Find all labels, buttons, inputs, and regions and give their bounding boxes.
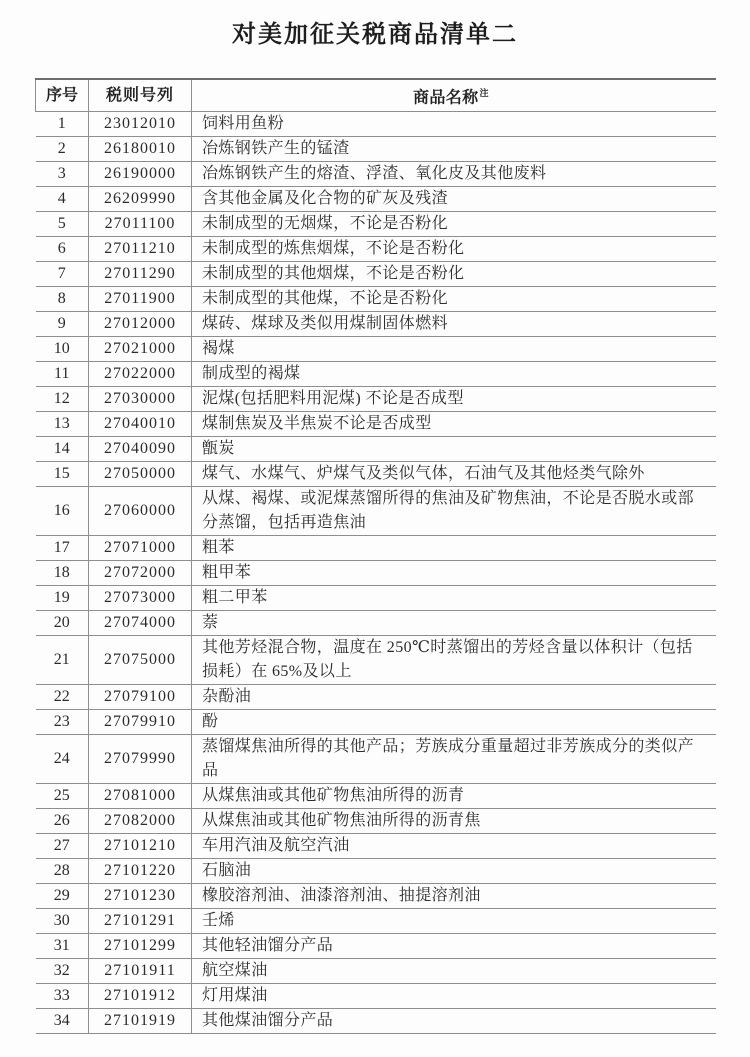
row-tariff-code: 26190000 xyxy=(89,162,192,187)
row-tariff-code: 27073000 xyxy=(89,586,192,611)
table-row: 17 27071000 粗苯 xyxy=(36,536,716,561)
row-tariff-code: 27101291 xyxy=(89,909,192,934)
row-product-name: 制成型的褐煤 xyxy=(192,362,716,387)
row-serial-number: 16 xyxy=(36,487,89,536)
row-serial-number: 2 xyxy=(36,137,89,162)
row-tariff-code: 27030000 xyxy=(89,387,192,412)
row-serial-number: 24 xyxy=(36,735,89,784)
row-product-name: 冶炼钢铁产生的熔渣、浮渣、氧化皮及其他废料 xyxy=(192,162,716,187)
row-product-name: 从煤焦油或其他矿物焦油所得的沥青焦 xyxy=(192,809,716,834)
row-tariff-code: 27060000 xyxy=(89,487,192,536)
table-body: 1 23012010 饲料用鱼粉 2 26180010 冶炼钢铁产生的锰渣 3 … xyxy=(36,112,716,1034)
table-row: 10 27021000 褐煤 xyxy=(36,337,716,362)
row-product-name: 甑炭 xyxy=(192,437,716,462)
table-row: 30 27101291 壬烯 xyxy=(36,909,716,934)
table-row: 24 27079990 蒸馏煤焦油所得的其他产品；芳族成分重量超过非芳族成分的类… xyxy=(36,735,716,784)
row-serial-number: 11 xyxy=(36,362,89,387)
row-product-name: 煤气、水煤气、炉煤气及类似气体，石油气及其他烃类气除外 xyxy=(192,462,716,487)
row-tariff-code: 27040010 xyxy=(89,412,192,437)
row-serial-number: 26 xyxy=(36,809,89,834)
table-row: 18 27072000 粗甲苯 xyxy=(36,561,716,586)
table-row: 2 26180010 冶炼钢铁产生的锰渣 xyxy=(36,137,716,162)
table-row: 7 27011290 未制成型的其他烟煤，不论是否粉化 xyxy=(36,262,716,287)
row-tariff-code: 27074000 xyxy=(89,611,192,636)
row-tariff-code: 27101912 xyxy=(89,984,192,1009)
table-row: 29 27101230 橡胶溶剂油、油漆溶剂油、抽提溶剂油 xyxy=(36,884,716,909)
row-tariff-code: 27101911 xyxy=(89,959,192,984)
row-tariff-code: 27101299 xyxy=(89,934,192,959)
row-serial-number: 22 xyxy=(36,685,89,710)
table-row: 31 27101299 其他轻油馏分产品 xyxy=(36,934,716,959)
row-product-name: 冶炼钢铁产生的锰渣 xyxy=(192,137,716,162)
row-serial-number: 10 xyxy=(36,337,89,362)
row-serial-number: 18 xyxy=(36,561,89,586)
row-product-name: 壬烯 xyxy=(192,909,716,934)
table-row: 23 27079910 酚 xyxy=(36,710,716,735)
table-row: 1 23012010 饲料用鱼粉 xyxy=(36,112,716,137)
row-product-name: 车用汽油及航空汽油 xyxy=(192,834,716,859)
header-row: 序号 税则号列 商品名称注 xyxy=(36,79,716,112)
row-product-name: 酚 xyxy=(192,710,716,735)
row-product-name: 未制成型的其他煤，不论是否粉化 xyxy=(192,287,716,312)
table-row: 28 27101220 石脑油 xyxy=(36,859,716,884)
row-serial-number: 27 xyxy=(36,834,89,859)
table-row: 25 27081000 从煤焦油或其他矿物焦油所得的沥青 xyxy=(36,784,716,809)
row-product-name: 煤砖、煤球及类似用煤制固体燃料 xyxy=(192,312,716,337)
row-product-name: 其他轻油馏分产品 xyxy=(192,934,716,959)
row-tariff-code: 27082000 xyxy=(89,809,192,834)
row-serial-number: 33 xyxy=(36,984,89,1009)
row-tariff-code: 27021000 xyxy=(89,337,192,362)
table-row: 14 27040090 甑炭 xyxy=(36,437,716,462)
row-serial-number: 34 xyxy=(36,1009,89,1034)
row-product-name: 从煤、褐煤、或泥煤蒸馏所得的焦油及矿物焦油，不论是否脱水或部分蒸馏，包括再造焦油 xyxy=(192,487,716,536)
table-row: 4 26209990 含其他金属及化合物的矿灰及残渣 xyxy=(36,187,716,212)
row-tariff-code: 23012010 xyxy=(89,112,192,137)
table-row: 33 27101912 灯用煤油 xyxy=(36,984,716,1009)
row-product-name: 泥煤(包括肥料用泥煤) 不论是否成型 xyxy=(192,387,716,412)
table-row: 13 27040010 煤制焦炭及半焦炭不论是否成型 xyxy=(36,412,716,437)
table-row: 34 27101919 其他煤油馏分产品 xyxy=(36,1009,716,1034)
row-serial-number: 23 xyxy=(36,710,89,735)
row-serial-number: 7 xyxy=(36,262,89,287)
header-product-name: 商品名称注 xyxy=(192,79,716,112)
row-product-name: 粗甲苯 xyxy=(192,561,716,586)
row-tariff-code: 27075000 xyxy=(89,636,192,685)
row-product-name: 萘 xyxy=(192,611,716,636)
row-product-name: 未制成型的无烟煤，不论是否粉化 xyxy=(192,212,716,237)
table-row: 9 27012000 煤砖、煤球及类似用煤制固体燃料 xyxy=(36,312,716,337)
row-product-name: 粗二甲苯 xyxy=(192,586,716,611)
row-tariff-code: 27101210 xyxy=(89,834,192,859)
row-product-name: 粗苯 xyxy=(192,536,716,561)
table-row: 6 27011210 未制成型的炼焦烟煤，不论是否粉化 xyxy=(36,237,716,262)
row-tariff-code: 27079910 xyxy=(89,710,192,735)
table-row: 15 27050000 煤气、水煤气、炉煤气及类似气体，石油气及其他烃类气除外 xyxy=(36,462,716,487)
table-row: 8 27011900 未制成型的其他煤，不论是否粉化 xyxy=(36,287,716,312)
row-product-name: 从煤焦油或其他矿物焦油所得的沥青 xyxy=(192,784,716,809)
row-product-name: 煤制焦炭及半焦炭不论是否成型 xyxy=(192,412,716,437)
row-tariff-code: 27022000 xyxy=(89,362,192,387)
table-row: 19 27073000 粗二甲苯 xyxy=(36,586,716,611)
row-tariff-code: 27011900 xyxy=(89,287,192,312)
table-row: 22 27079100 杂酚油 xyxy=(36,685,716,710)
row-serial-number: 29 xyxy=(36,884,89,909)
row-tariff-code: 27040090 xyxy=(89,437,192,462)
header-serial-number: 序号 xyxy=(36,79,89,112)
table-row: 26 27082000 从煤焦油或其他矿物焦油所得的沥青焦 xyxy=(36,809,716,834)
table-row: 3 26190000 冶炼钢铁产生的熔渣、浮渣、氧化皮及其他废料 xyxy=(36,162,716,187)
row-product-name: 未制成型的其他烟煤，不论是否粉化 xyxy=(192,262,716,287)
table-row: 21 27075000 其他芳烃混合物，温度在 250℃时蒸馏出的芳烃含量以体积… xyxy=(36,636,716,685)
row-tariff-code: 27079990 xyxy=(89,735,192,784)
row-serial-number: 25 xyxy=(36,784,89,809)
row-tariff-code: 27050000 xyxy=(89,462,192,487)
table-row: 16 27060000 从煤、褐煤、或泥煤蒸馏所得的焦油及矿物焦油，不论是否脱水… xyxy=(36,487,716,536)
row-serial-number: 4 xyxy=(36,187,89,212)
row-serial-number: 15 xyxy=(36,462,89,487)
table-row: 32 27101911 航空煤油 xyxy=(36,959,716,984)
row-tariff-code: 27071000 xyxy=(89,536,192,561)
row-serial-number: 28 xyxy=(36,859,89,884)
row-tariff-code: 27011290 xyxy=(89,262,192,287)
row-serial-number: 31 xyxy=(36,934,89,959)
row-tariff-code: 26209990 xyxy=(89,187,192,212)
row-serial-number: 12 xyxy=(36,387,89,412)
row-serial-number: 21 xyxy=(36,636,89,685)
header-tariff-code: 税则号列 xyxy=(89,79,192,112)
row-product-name: 饲料用鱼粉 xyxy=(192,112,716,137)
row-product-name: 其他芳烃混合物，温度在 250℃时蒸馏出的芳烃含量以体积计（包括损耗）在 65%… xyxy=(192,636,716,685)
row-serial-number: 3 xyxy=(36,162,89,187)
row-serial-number: 5 xyxy=(36,212,89,237)
page-title: 对美加征关税商品清单二 xyxy=(0,14,750,49)
row-tariff-code: 27011210 xyxy=(89,237,192,262)
row-product-name: 蒸馏煤焦油所得的其他产品；芳族成分重量超过非芳族成分的类似产品 xyxy=(192,735,716,784)
row-tariff-code: 27011100 xyxy=(89,212,192,237)
row-tariff-code: 27101220 xyxy=(89,859,192,884)
row-tariff-code: 27101230 xyxy=(89,884,192,909)
row-serial-number: 9 xyxy=(36,312,89,337)
header-product-name-text: 商品名称 xyxy=(413,89,479,106)
row-tariff-code: 27081000 xyxy=(89,784,192,809)
row-tariff-code: 27072000 xyxy=(89,561,192,586)
row-product-name: 含其他金属及化合物的矿灰及残渣 xyxy=(192,187,716,212)
table-row: 12 27030000 泥煤(包括肥料用泥煤) 不论是否成型 xyxy=(36,387,716,412)
row-product-name: 杂酚油 xyxy=(192,685,716,710)
row-serial-number: 17 xyxy=(36,536,89,561)
row-product-name: 褐煤 xyxy=(192,337,716,362)
table-row: 5 27011100 未制成型的无烟煤，不论是否粉化 xyxy=(36,212,716,237)
document-page: 对美加征关税商品清单二 序号 税则号列 商品名称注 1 23012010 饲料用… xyxy=(0,0,750,1057)
row-serial-number: 1 xyxy=(36,112,89,137)
table-row: 11 27022000 制成型的褐煤 xyxy=(36,362,716,387)
row-tariff-code: 27101919 xyxy=(89,1009,192,1034)
row-serial-number: 32 xyxy=(36,959,89,984)
row-serial-number: 6 xyxy=(36,237,89,262)
row-product-name: 未制成型的炼焦烟煤，不论是否粉化 xyxy=(192,237,716,262)
row-serial-number: 20 xyxy=(36,611,89,636)
table-row: 20 27074000 萘 xyxy=(36,611,716,636)
row-serial-number: 14 xyxy=(36,437,89,462)
row-serial-number: 30 xyxy=(36,909,89,934)
row-serial-number: 19 xyxy=(36,586,89,611)
row-tariff-code: 27012000 xyxy=(89,312,192,337)
row-serial-number: 13 xyxy=(36,412,89,437)
row-serial-number: 8 xyxy=(36,287,89,312)
header-note-superscript: 注 xyxy=(480,88,489,98)
tariff-table: 序号 税则号列 商品名称注 1 23012010 饲料用鱼粉 2 2618001… xyxy=(35,78,716,1034)
table-header: 序号 税则号列 商品名称注 xyxy=(36,79,716,112)
table-row: 27 27101210 车用汽油及航空汽油 xyxy=(36,834,716,859)
row-product-name: 其他煤油馏分产品 xyxy=(192,1009,716,1034)
row-tariff-code: 26180010 xyxy=(89,137,192,162)
row-product-name: 石脑油 xyxy=(192,859,716,884)
row-product-name: 灯用煤油 xyxy=(192,984,716,1009)
row-product-name: 航空煤油 xyxy=(192,959,716,984)
row-product-name: 橡胶溶剂油、油漆溶剂油、抽提溶剂油 xyxy=(192,884,716,909)
row-tariff-code: 27079100 xyxy=(89,685,192,710)
